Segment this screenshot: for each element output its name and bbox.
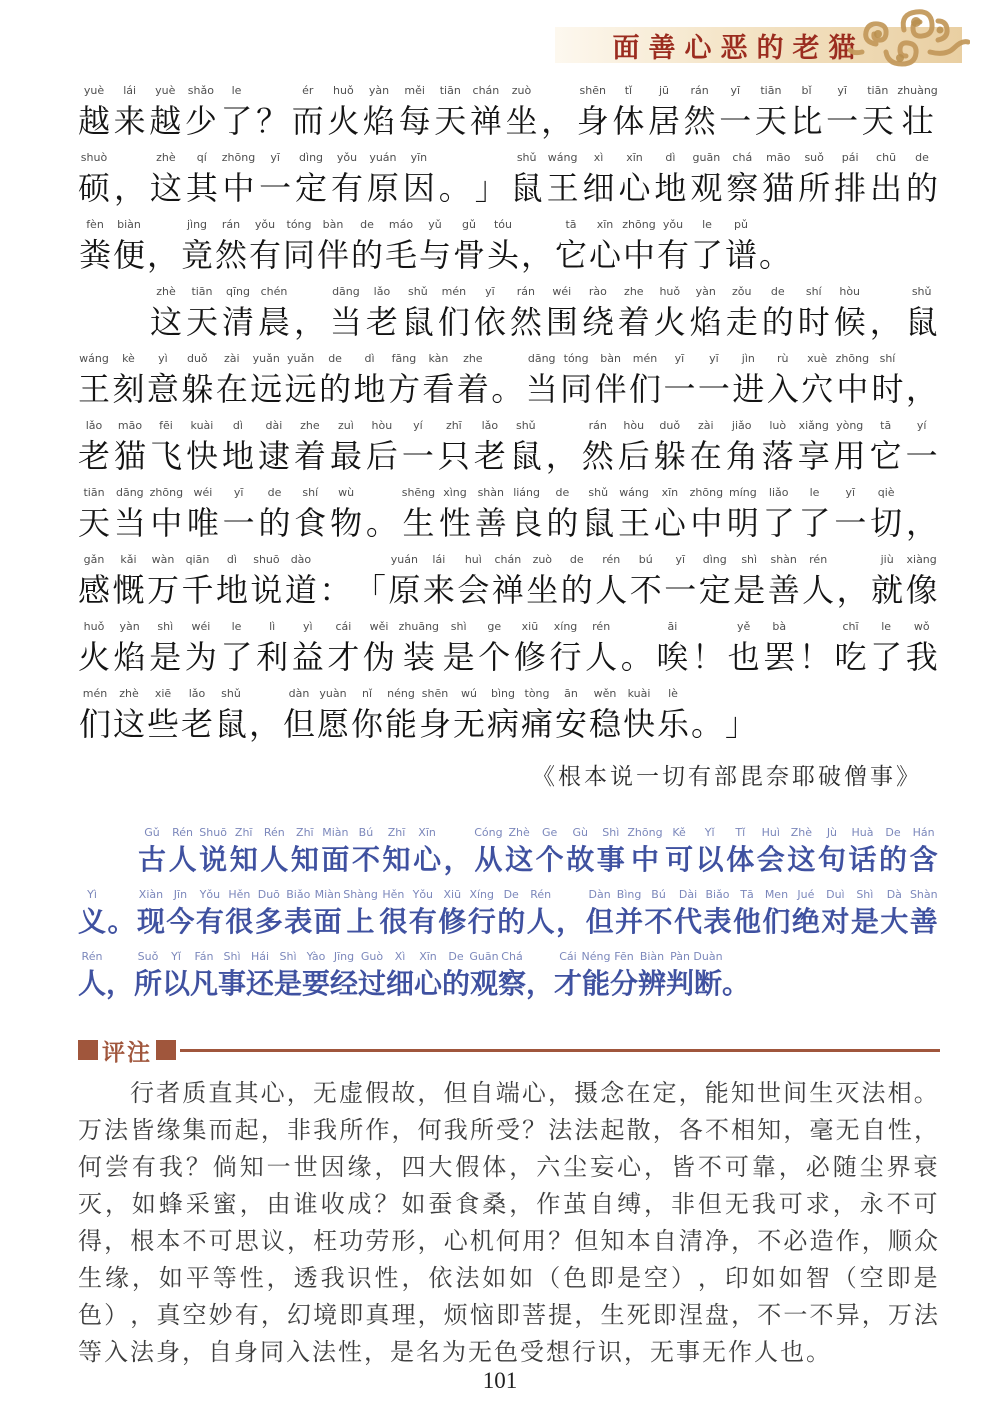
ruby-char: xìng性 bbox=[439, 486, 471, 553]
ruby-char: yī一 bbox=[834, 486, 866, 553]
ruby-char: ， bbox=[146, 218, 180, 285]
ruby-char: Yǒu有 bbox=[196, 888, 224, 950]
ruby-char: ān安 bbox=[554, 687, 588, 754]
ruby-char: wàn万 bbox=[147, 553, 179, 620]
ruby-char: rào绕 bbox=[582, 285, 614, 352]
ruby-char: tóng同 bbox=[282, 218, 316, 285]
ruby-char: bàn伴 bbox=[316, 218, 350, 285]
ruby-char: máo毛 bbox=[384, 218, 418, 285]
ruby-char: huǒ火 bbox=[654, 285, 686, 352]
ruby-char: ！ bbox=[799, 620, 831, 687]
ruby-char: shuō说 bbox=[250, 553, 282, 620]
ruby-char: Duì对 bbox=[821, 888, 849, 950]
ruby-char: Biàn辨 bbox=[638, 950, 666, 1012]
ruby-char: ， bbox=[114, 151, 146, 218]
ruby-char: yàn焰 bbox=[363, 84, 395, 151]
ruby-char: zǒu走 bbox=[726, 285, 758, 352]
ruby-char: Yǐ以 bbox=[162, 950, 190, 1012]
ruby-char: yí一 bbox=[906, 419, 938, 486]
ruby-char: zhe着 bbox=[618, 285, 650, 352]
ruby-char: Duō多 bbox=[255, 888, 283, 950]
ruby-char: tiān天 bbox=[434, 84, 466, 151]
ruby-char: le了 bbox=[690, 218, 724, 285]
ruby-char: guān观 bbox=[690, 151, 722, 218]
text-line: Gǔ古Rén人Shuō说Zhī知Rén人Zhī知Miàn面Bú不Zhī知Xīn心… bbox=[78, 826, 938, 888]
ruby-char: pái排 bbox=[834, 151, 866, 218]
ruby-char: Hái还 bbox=[246, 950, 274, 1012]
ruby-char: liǎo了 bbox=[763, 486, 795, 553]
ruby-char: de的 bbox=[350, 218, 384, 285]
ruby-char: rù入 bbox=[767, 352, 799, 419]
ruby-char: Zhī知 bbox=[383, 826, 411, 888]
ruby-char: chī吃 bbox=[835, 620, 867, 687]
ruby-char: shǔ鼠 bbox=[511, 151, 543, 218]
commentary-label: 评注 bbox=[102, 1034, 152, 1067]
ruby-char: lè乐 bbox=[656, 687, 690, 754]
ruby-char: xiǎng享 bbox=[798, 419, 830, 486]
ruby-char: jìng竟 bbox=[180, 218, 214, 285]
ruby-char: Zhōng中 bbox=[627, 826, 662, 888]
commentary-section-header: 评注 bbox=[78, 1038, 940, 1062]
ruby-char: yǒu有 bbox=[331, 151, 363, 218]
ruby-char: yuán原 bbox=[388, 553, 420, 620]
ruby-char: shàn善 bbox=[475, 486, 507, 553]
ruby-char: ， bbox=[541, 84, 573, 151]
ruby-char: tóng同 bbox=[560, 352, 592, 419]
ruby-char: dāng当 bbox=[114, 486, 146, 553]
ruby-char: yì意 bbox=[147, 352, 179, 419]
ruby-char: rán然 bbox=[582, 419, 614, 486]
ruby-char: Huì会 bbox=[757, 826, 785, 888]
ruby-char: yòng用 bbox=[834, 419, 866, 486]
ruby-char: zuò坐 bbox=[526, 553, 558, 620]
ruby-char: Cóng从 bbox=[474, 826, 502, 888]
ruby-char: le了 bbox=[221, 620, 253, 687]
ruby-char: zài在 bbox=[216, 352, 248, 419]
ruby-char: zhōng中 bbox=[150, 486, 183, 553]
ruby-char: tiān天 bbox=[755, 84, 787, 151]
ruby-char: huǒ火 bbox=[327, 84, 359, 151]
ruby-char: Fán凡 bbox=[190, 950, 218, 1012]
ruby-char: yī一 bbox=[698, 352, 730, 419]
ruby-char: 。 bbox=[758, 218, 792, 285]
ruby-char: huì会 bbox=[457, 553, 489, 620]
ruby-char: ， bbox=[556, 888, 584, 950]
ruby-char: gǔ骨 bbox=[452, 218, 486, 285]
ruby-char: Guò过 bbox=[358, 950, 386, 1012]
ruby-char: shuò硕 bbox=[78, 151, 110, 218]
ruby-char: 」 bbox=[724, 687, 758, 754]
ruby-char: Miàn面 bbox=[314, 888, 342, 950]
ruby-char: Rén人 bbox=[169, 826, 197, 888]
text-line: shuò硕 ，zhè这qí其zhōng中yī一dìng定yǒu有yuán原yīn… bbox=[78, 151, 938, 218]
ruby-char: gǎn感 bbox=[78, 553, 110, 620]
ruby-char: kuài快 bbox=[186, 419, 218, 486]
ruby-char: 。 bbox=[621, 620, 653, 687]
ruby-char: 。 bbox=[491, 352, 523, 419]
ruby-char: shí时 bbox=[798, 285, 830, 352]
ruby-char: zhī只 bbox=[438, 419, 470, 486]
ruby-char: Shàng上 bbox=[343, 888, 378, 950]
ruby-char: Huà话 bbox=[848, 826, 876, 888]
ruby-char: zhuàng壮 bbox=[897, 84, 937, 151]
ruby-char: Shì是 bbox=[851, 888, 879, 950]
ruby-char: shì是 bbox=[443, 620, 475, 687]
ruby-char: dāng当 bbox=[526, 352, 558, 419]
ruby-char: rán然 bbox=[684, 84, 716, 151]
ruby-char: de的 bbox=[319, 352, 351, 419]
ruby-char: qí其 bbox=[186, 151, 218, 218]
ruby-char: ér而 bbox=[292, 84, 324, 151]
ruby-char: zhōng中 bbox=[222, 151, 255, 218]
ruby-char: míng明 bbox=[727, 486, 759, 553]
ruby-char: Xīn心 bbox=[413, 826, 441, 888]
ruby-char: jiù就 bbox=[871, 553, 903, 620]
ruby-char: yàn焰 bbox=[690, 285, 722, 352]
ruby-char: wéi唯 bbox=[187, 486, 219, 553]
ruby-char: Xíng行 bbox=[468, 888, 496, 950]
ruby-char: Yào要 bbox=[302, 950, 330, 1012]
ruby-char: ， bbox=[837, 553, 869, 620]
ruby-char: chū出 bbox=[870, 151, 902, 218]
ruby-char: shǎo少 bbox=[185, 84, 217, 151]
ruby-char: shǔ鼠 bbox=[906, 285, 938, 352]
ruby-char: yuàn愿 bbox=[316, 687, 350, 754]
ruby-char: fēi飞 bbox=[150, 419, 182, 486]
ruby-char: Fēn分 bbox=[610, 950, 638, 1012]
ruby-char: ？ bbox=[256, 84, 288, 151]
ruby-char: ， bbox=[526, 950, 554, 1012]
ruby-char: ， bbox=[546, 419, 578, 486]
ruby-char: jū居 bbox=[648, 84, 680, 151]
ruby-char: cái才 bbox=[327, 620, 359, 687]
ruby-char: tǐ体 bbox=[612, 84, 644, 151]
ruby-char: jìn进 bbox=[732, 352, 764, 419]
ruby-char: 。 bbox=[107, 888, 135, 950]
ruby-char: shǔ鼠 bbox=[214, 687, 248, 754]
ruby-char: dì地 bbox=[354, 352, 386, 419]
ruby-char: 。 bbox=[722, 950, 750, 1012]
ruby-char: Chá察 bbox=[498, 950, 526, 1012]
ruby-char: tòng痛 bbox=[520, 687, 554, 754]
ruby-char: Tā他 bbox=[733, 888, 761, 950]
ruby-char: shì是 bbox=[733, 553, 765, 620]
ruby-char: Dà大 bbox=[880, 888, 908, 950]
ruby-char: Gǔ古 bbox=[138, 826, 166, 888]
ruby-char: ， bbox=[106, 950, 134, 1012]
ruby-char: bìng病 bbox=[486, 687, 520, 754]
ruby-char: shēn身 bbox=[577, 84, 609, 151]
ruby-char: chá察 bbox=[726, 151, 758, 218]
text-line: wáng王kè刻yì意duǒ躲zài在yuǎn远yuǎn远de的dì地fāng方… bbox=[78, 352, 938, 419]
ruby-char: Yǒu有 bbox=[409, 888, 437, 950]
ruby-char: yuán原 bbox=[367, 151, 399, 218]
ruby-char: ， bbox=[444, 826, 472, 888]
ruby-char: mén们 bbox=[438, 285, 470, 352]
page-number: 101 bbox=[0, 1368, 1000, 1394]
ruby-char: le了 bbox=[221, 84, 253, 151]
ruby-char: Yǐ以 bbox=[696, 826, 724, 888]
ruby-char: Gù故 bbox=[566, 826, 594, 888]
ruby-char: Pàn判 bbox=[666, 950, 694, 1012]
ruby-char: ， bbox=[520, 218, 554, 285]
ruby-char: Xì细 bbox=[386, 950, 414, 1012]
ruby-char: lì利 bbox=[256, 620, 288, 687]
commentary-line: 色），真空妙有，幻境即真理，烦恼即菩提，生死即涅盘，不一不异，万法 bbox=[78, 1298, 938, 1335]
ruby-char: néng能 bbox=[384, 687, 418, 754]
ruby-char: Shì事 bbox=[597, 826, 625, 888]
text-line: Rén人 ，Suǒ所Yǐ以Fán凡Shì事Hái还Shì是Yào要Jīng经Gu… bbox=[78, 950, 938, 1012]
ruby-char: lái来 bbox=[423, 553, 455, 620]
square-bullet-icon bbox=[78, 1040, 98, 1060]
ruby-char: zhe着 bbox=[294, 419, 326, 486]
ruby-char: ！ bbox=[692, 620, 724, 687]
ruby-char: yī一 bbox=[663, 352, 695, 419]
ruby-char: yī一 bbox=[664, 553, 696, 620]
ruby-char: hòu候 bbox=[834, 285, 866, 352]
ruby-char: zhè这 bbox=[112, 687, 146, 754]
ruby-char: 。 bbox=[690, 687, 724, 754]
ruby-char: Bú不 bbox=[352, 826, 380, 888]
text-line: zhè这tiān天qīng清chén晨 ，dāng当lǎo老shǔ鼠mén们yī… bbox=[78, 285, 938, 352]
ruby-char: kè刻 bbox=[112, 352, 144, 419]
ruby-char: xīn心 bbox=[654, 486, 686, 553]
ruby-char: Zhè这 bbox=[505, 826, 533, 888]
ruby-char: shàn善 bbox=[768, 553, 800, 620]
ruby-char: xiū修 bbox=[514, 620, 546, 687]
ruby-char: qiān千 bbox=[181, 553, 213, 620]
ruby-char: māo猫 bbox=[114, 419, 146, 486]
ruby-char: 。 bbox=[439, 151, 471, 218]
ruby-char: dìng定 bbox=[699, 553, 731, 620]
ruby-char: kǎi慨 bbox=[112, 553, 144, 620]
ruby-char: rén人 bbox=[595, 553, 627, 620]
ruby-char: Hěn很 bbox=[379, 888, 407, 950]
ruby-char: Zhī知 bbox=[291, 826, 319, 888]
ruby-char: tā它 bbox=[554, 218, 588, 285]
ruby-char: xīn心 bbox=[618, 151, 650, 218]
ruby-char: chán禅 bbox=[470, 84, 502, 151]
ruby-char: Xiū修 bbox=[438, 888, 466, 950]
ruby-char: 「 bbox=[354, 553, 386, 620]
text-line: yuè越lái来yuè越shǎo少le了 ？ér而huǒ火yàn焰měi每tiā… bbox=[78, 84, 938, 151]
ruby-char: yǔ与 bbox=[418, 218, 452, 285]
text-line: huǒ火yàn焰shì是wéi为le了lì利yì益cái才wěi伪zhuāng装… bbox=[78, 620, 938, 687]
ruby-char: qiè切 bbox=[870, 486, 902, 553]
ruby-char: yǒu有 bbox=[656, 218, 690, 285]
ruby-char: yīn因 bbox=[403, 151, 435, 218]
ruby-char: tiān天 bbox=[862, 84, 894, 151]
commentary-line: 得，根本不可思议，枉功劳形，心机何用？但知本自清净，不必造作，顺众 bbox=[78, 1224, 938, 1261]
text-line: gǎn感kǎi慨wàn万qiān千dì地shuō说dào道 ： 「yuán原lá… bbox=[78, 553, 938, 620]
ruby-char: Miàn面 bbox=[321, 826, 349, 888]
ruby-char: Kě可 bbox=[665, 826, 693, 888]
ruby-char: De的 bbox=[442, 950, 470, 1012]
ruby-char: ： bbox=[319, 553, 351, 620]
commentary-line: 何尝有我？倘知一世因缘，四大假体，六尘妄心，皆不可靠，必随尘界衰 bbox=[78, 1150, 938, 1187]
ruby-char: yī一 bbox=[223, 486, 255, 553]
ruby-char: zhōng中 bbox=[836, 352, 869, 419]
ruby-char: huǒ火 bbox=[78, 620, 110, 687]
ruby-char: zuò坐 bbox=[506, 84, 538, 151]
ruby-char: yī依 bbox=[474, 285, 506, 352]
text-line: fèn粪biàn便 ，jìng竟rán然yǒu有tóng同bàn伴de的máo毛… bbox=[78, 218, 938, 285]
commentary-text-block: 行者质直其心，无虚假故，但自端心，摄念在定，能知世间生灭法相。万法皆缘集而起，非… bbox=[0, 1062, 1000, 1372]
ruby-char: Suǒ所 bbox=[134, 950, 162, 1012]
ruby-char: kàn看 bbox=[422, 352, 454, 419]
auspicious-cloud-icon bbox=[842, 0, 970, 76]
ruby-char: Rén人 bbox=[78, 950, 106, 1012]
ruby-char: Cái才 bbox=[554, 950, 582, 1012]
ruby-char: lǎo老 bbox=[180, 687, 214, 754]
ruby-char: Dài代 bbox=[674, 888, 702, 950]
ruby-char: bàn伴 bbox=[595, 352, 627, 419]
ruby-char: wěi伪 bbox=[363, 620, 395, 687]
text-line: lǎo老māo猫fēi飞kuài快dì地dài逮zhe着zuì最hòu后yí一z… bbox=[78, 419, 938, 486]
ruby-char: nǐ你 bbox=[350, 687, 384, 754]
ruby-char: Néng能 bbox=[582, 950, 610, 1012]
ruby-char: lái来 bbox=[114, 84, 146, 151]
square-bullet-icon bbox=[156, 1040, 176, 1060]
ruby-char: wéi为 bbox=[185, 620, 217, 687]
ruby-char: xíng行 bbox=[550, 620, 582, 687]
ruby-char: bú不 bbox=[630, 553, 662, 620]
ruby-char: chén晨 bbox=[258, 285, 290, 352]
ruby-char: Hán含 bbox=[910, 826, 938, 888]
ruby-char: duǒ躲 bbox=[181, 352, 213, 419]
ruby-char: biàn便 bbox=[112, 218, 146, 285]
commentary-line: 生缘，如平等性，透我识性，依法如如（色即是空），印如如智（空即是 bbox=[78, 1261, 938, 1298]
ruby-char: suǒ所 bbox=[798, 151, 830, 218]
text-line: tiān天dāng当zhōng中wéi唯yī一de的shí食wù物 。shēng… bbox=[78, 486, 938, 553]
ruby-char: zhè这 bbox=[150, 285, 182, 352]
ruby-char: Rén人 bbox=[260, 826, 288, 888]
ruby-char: dì地 bbox=[216, 553, 248, 620]
ruby-char: yě也 bbox=[728, 620, 760, 687]
ruby-char: wéi围 bbox=[546, 285, 578, 352]
commentary-line: 万法皆缘集而起，非我所作，何我所受？法法起散，各不相知，毫无自性， bbox=[78, 1113, 938, 1150]
ruby-char: Men们 bbox=[762, 888, 790, 950]
ruby-char: liáng良 bbox=[511, 486, 543, 553]
ruby-char: dào道 bbox=[285, 553, 317, 620]
ruby-char: zhe着 bbox=[457, 352, 489, 419]
ruby-char: lǎo老 bbox=[366, 285, 398, 352]
ruby-char: shǔ鼠 bbox=[510, 419, 542, 486]
ruby-char: xiē些 bbox=[146, 687, 180, 754]
ruby-char: bǐ比 bbox=[791, 84, 823, 151]
ruby-char: bà罢 bbox=[763, 620, 795, 687]
ruby-char: lǎo老 bbox=[78, 419, 110, 486]
ruby-char: de的 bbox=[258, 486, 290, 553]
ruby-char: ， bbox=[294, 285, 326, 352]
ruby-char: māo猫 bbox=[762, 151, 794, 218]
ruby-char: yǒu有 bbox=[248, 218, 282, 285]
ruby-char: rén人 bbox=[802, 553, 834, 620]
ruby-char: de的 bbox=[561, 553, 593, 620]
ruby-char: āi唉 bbox=[656, 620, 688, 687]
ruby-char: Ge个 bbox=[536, 826, 564, 888]
ruby-char: yī一 bbox=[719, 84, 751, 151]
ruby-char: wěn稳 bbox=[588, 687, 622, 754]
ruby-char: Rén人 bbox=[527, 888, 555, 950]
ruby-char: ge个 bbox=[478, 620, 510, 687]
ruby-char: hòu后 bbox=[366, 419, 398, 486]
ruby-char: dì地 bbox=[654, 151, 686, 218]
ruby-char: shēng生 bbox=[402, 486, 435, 553]
ruby-char: tā它 bbox=[870, 419, 902, 486]
ruby-char: Tǐ体 bbox=[726, 826, 754, 888]
ruby-char: shí食 bbox=[294, 486, 326, 553]
ruby-char: Jīng经 bbox=[330, 950, 358, 1012]
ruby-char: mén们 bbox=[629, 352, 661, 419]
ruby-char: wáng王 bbox=[618, 486, 650, 553]
ruby-char: xīn心 bbox=[588, 218, 622, 285]
ruby-char: le了 bbox=[799, 486, 831, 553]
ruby-char: Shì是 bbox=[274, 950, 302, 1012]
ruby-char: De的 bbox=[879, 826, 907, 888]
ruby-char: Bú不 bbox=[645, 888, 673, 950]
ruby-char: měi每 bbox=[399, 84, 431, 151]
ruby-char: yì益 bbox=[292, 620, 324, 687]
ruby-char: zhōng中 bbox=[690, 486, 723, 553]
ruby-char: zhè这 bbox=[150, 151, 182, 218]
ruby-char: Shàn善 bbox=[910, 888, 938, 950]
ruby-char: Xīn心 bbox=[414, 950, 442, 1012]
commentary-line: 灭，如蜂采蜜，由谁收成？如蚕食桑，作茧自缚，非但无我可求，永不可 bbox=[78, 1187, 938, 1224]
scripture-citation: 《根本说一切有部毘奈耶破僧事》 bbox=[0, 758, 1000, 794]
ruby-char: chán禅 bbox=[492, 553, 524, 620]
ruby-char: Duàn断 bbox=[694, 950, 722, 1012]
ruby-char: de的 bbox=[762, 285, 794, 352]
ruby-char: tóu头 bbox=[486, 218, 520, 285]
ruby-char: Bìng并 bbox=[615, 888, 643, 950]
ruby-char: Shì事 bbox=[218, 950, 246, 1012]
ruby-char: yuè越 bbox=[78, 84, 110, 151]
ruby-char: 。 bbox=[366, 486, 398, 553]
story-text-block: yuè越lái来yuè越shǎo少le了 ？ér而huǒ火yàn焰měi每tiā… bbox=[0, 0, 1000, 754]
book-page: 面善心恶的老猫 yuè越lái来yuè越shǎo少le了 ？ér而huǒ火yàn… bbox=[0, 0, 1000, 1417]
ruby-char: Dàn但 bbox=[586, 888, 614, 950]
ruby-char: lǎo老 bbox=[474, 419, 506, 486]
ruby-char: zài在 bbox=[690, 419, 722, 486]
ruby-char: yī一 bbox=[826, 84, 858, 151]
ruby-char: Biǎo表 bbox=[284, 888, 312, 950]
ruby-char: fèn粪 bbox=[78, 218, 112, 285]
ruby-char: yī一 bbox=[259, 151, 291, 218]
horizontal-rule bbox=[180, 1049, 940, 1052]
moral-text-block: Gǔ古Rén人Shuō说Zhī知Rén人Zhī知Miàn面Bú不Zhī知Xīn心… bbox=[0, 794, 1000, 1012]
ruby-char: de的 bbox=[546, 486, 578, 553]
ruby-char: dài逮 bbox=[258, 419, 290, 486]
ruby-char: yuǎn远 bbox=[285, 352, 317, 419]
ruby-char: pǔ谱 bbox=[724, 218, 758, 285]
ruby-char: dìng定 bbox=[295, 151, 327, 218]
ruby-char: tiān天 bbox=[78, 486, 110, 553]
ruby-char: ， bbox=[906, 486, 938, 553]
ruby-char: Zhī知 bbox=[230, 826, 258, 888]
ruby-char: rén人 bbox=[585, 620, 617, 687]
ruby-char: Zhè这 bbox=[787, 826, 815, 888]
ruby-char: Guān观 bbox=[470, 950, 498, 1012]
ruby-char: Jué绝 bbox=[792, 888, 820, 950]
ruby-char: dāng当 bbox=[330, 285, 362, 352]
text-line: Yì义 。Xiàn现Jīn今Yǒu有Hěn很Duō多Biǎo表Miàn面Shàn… bbox=[78, 888, 938, 950]
ruby-char: rán然 bbox=[214, 218, 248, 285]
ruby-char: De的 bbox=[497, 888, 525, 950]
commentary-line: 行者质直其心，无虚假故，但自端心，摄念在定，能知世间生灭法相。 bbox=[78, 1076, 938, 1113]
ruby-char: le了 bbox=[870, 620, 902, 687]
ruby-char: ， bbox=[248, 687, 282, 754]
